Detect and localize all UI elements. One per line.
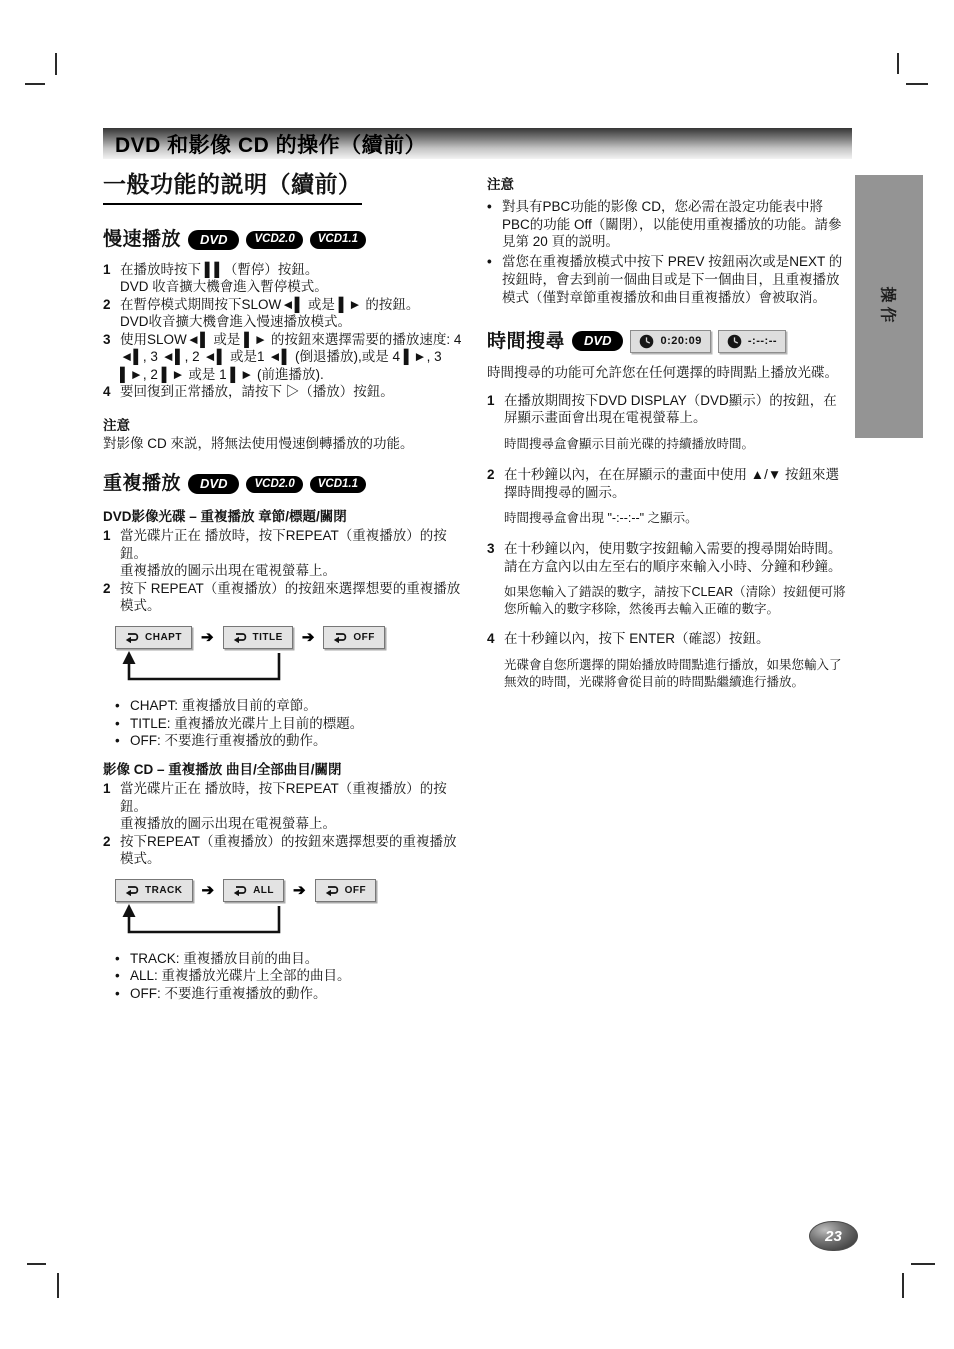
loop-back-arrow [119, 651, 294, 689]
step-subnote: 如果您輸入了錯誤的數字，請按下CLEAR（清除）按鈕便可將您所輸入的數字移除，然… [504, 584, 847, 617]
bullet-item: •TRACK: 重複播放目前的曲目。 [115, 950, 467, 968]
bullet-text: TITLE: 重複播放光碟片上目前的標題。 [130, 715, 363, 733]
step-subtext: DVD收音擴大機會進入慢速播放模式。 [120, 314, 351, 329]
bullet-icon: • [115, 985, 123, 1003]
repeat-vcd-steps: 1 當光碟片正在 播放時，按下REPEAT（重複播放）的按鈕。 重複播放的圖示出… [103, 780, 467, 868]
mode-button-label: ALL [253, 884, 274, 897]
step-text: 要回復到正常播放，請按下 ▷（播放）按鈕。 [120, 383, 467, 401]
arrow-right-icon: ➔ [293, 881, 306, 901]
step-subnote: 時間搜尋盒會出現 "-:--:--" 之顯示。 [504, 510, 847, 527]
step-number: 2 [103, 296, 120, 331]
step: 4 在十秒鐘以內，按下 ENTER（確認）按鈕。 光碟會自您所選擇的開始播放時間… [487, 630, 847, 703]
pbc-notes-list: •對具有PBC功能的影像 CD，您必需在設定功能表中將PBC的功能 Off（關閉… [487, 198, 847, 307]
step-number: 1 [103, 780, 120, 833]
clock-icon [727, 334, 742, 349]
vcd11-badge: VCD1.1 [310, 231, 366, 249]
page-number-badge: 23 [809, 1221, 858, 1251]
step-text: 在播放時按下 ▌▌（暫停）按鈕。 [120, 262, 318, 277]
slow-play-steps: 1 在播放時按下 ▌▌（暫停）按鈕。 DVD 收音擴大機會進入暫停模式。 2 在… [103, 261, 467, 401]
arrow-right-icon: ➔ [201, 628, 214, 648]
page-title: DVD 和影像 CD 的操作（續前） [115, 129, 426, 159]
repeat-loop-icon [233, 632, 248, 643]
time-display-box-empty: -:--:-- [718, 330, 786, 353]
repeat-mode-diagram-dvd: CHAPT ➔ TITLE ➔ OFF [115, 626, 467, 649]
vcd20-badge: VCD2.0 [246, 231, 302, 249]
step-text: 當光碟片正在 播放時，按下REPEAT（重複播放）的按鈕。 [120, 528, 447, 561]
time-search-steps: 1 在播放期間按下DVD DISPLAY（DVD顯示）的按鈕，在屏顯示畫面會出現… [487, 392, 847, 704]
repeat-track-button: TRACK [115, 879, 193, 902]
step-text: 按下 REPEAT（重複播放）的按鈕來選擇想要的重複播放模式。 [120, 580, 467, 615]
step-text: 在播放期間按下DVD DISPLAY（DVD顯示）的按鈕，在屏顯示畫面會出現在電… [504, 393, 837, 426]
repeat-off-button: OFF [315, 879, 377, 902]
slow-play-note: 注意 對影像 CD 來説，將無法使用慢速倒轉播放的功能。 [103, 417, 467, 452]
step: 2 在十秒鐘以內，在在屏顯示的畫面中使用 ▲/▼ 按鈕來選擇時間搜尋的圖示。 時… [487, 466, 847, 540]
repeat-dvd-subheading: DVD影像光碟 – 重複播放 章節/標題/關閉 [103, 508, 467, 526]
step-text: 當光碟片正在 播放時，按下REPEAT（重複播放）的按鈕。 [120, 781, 447, 814]
note-text: 當您在重複播放模式中按下 PREV 按鈕兩次或是NEXT 的按鈕時，會去到前一個… [502, 253, 847, 306]
bullet-icon: • [115, 732, 123, 750]
repeat-play-heading: 重複播放 [103, 472, 181, 497]
step-number: 1 [103, 261, 120, 296]
repeat-vcd-subheading: 影像 CD – 重複播放 曲目/全部曲目/關閉 [103, 761, 467, 779]
step-text: 在十秒鐘以內，按下 ENTER（確認）按鈕。 [504, 631, 770, 646]
time-search-intro: 時間搜尋的功能可允許您在任何選擇的時間點上播放光碟。 [487, 364, 847, 382]
repeat-chapt-button: CHAPT [115, 626, 192, 649]
step-text: 在十秒鐘以內，在在屏顯示的畫面中使用 ▲/▼ 按鈕來選擇時間搜尋的圖示。 [504, 467, 839, 500]
mode-button-label: CHAPT [145, 631, 182, 644]
bullet-text: OFF: 不要進行重複播放的動作。 [130, 985, 327, 1003]
time-display-box-current: 0:20:09 [630, 330, 710, 353]
step: 1 當光碟片正在 播放時，按下REPEAT（重複播放）的按鈕。 重複播放的圖示出… [103, 780, 467, 833]
step-text: 使用SLOW◄▌ 或是 ▌► 的按鈕來選擇需要的播放速度: 4 ◄▌, 3 ◄▌… [120, 331, 467, 384]
arrow-right-icon: ➔ [302, 628, 315, 648]
step-number: 1 [103, 527, 120, 580]
bullet-icon: • [487, 253, 495, 306]
step: 2 按下REPEAT（重複播放）的按鈕來選擇想要的重複播放模式。 [103, 833, 467, 868]
clock-icon [639, 334, 654, 349]
step: 3 使用SLOW◄▌ 或是 ▌► 的按鈕來選擇需要的播放速度: 4 ◄▌, 3 … [103, 331, 467, 384]
time-value: 0:20:09 [660, 334, 701, 349]
crop-mark-top-left-v [55, 53, 57, 75]
step-text: 在暫停模式期間按下SLOW◄▌ 或是 ▌► 的按鈕。 [120, 297, 419, 312]
left-column: 一般功能的説明（續前） 慢速播放 DVD VCD2.0 VCD1.1 1 在播放… [103, 170, 467, 1003]
bullet-item: •ALL: 重複播放光碟片上全部的曲目。 [115, 967, 467, 985]
bullet-item: •OFF: 不要進行重複播放的動作。 [115, 732, 467, 750]
step-subnote: 時間搜尋盒會顯示目前光碟的持續播放時間。 [504, 436, 847, 453]
right-column: 注意 •對具有PBC功能的影像 CD，您必需在設定功能表中將PBC的功能 Off… [487, 176, 847, 703]
crop-mark-top-left-h [25, 83, 45, 85]
bullet-item: •OFF: 不要進行重複播放的動作。 [115, 985, 467, 1003]
bullet-text: TRACK: 重複播放目前的曲目。 [130, 950, 318, 968]
bullet-icon: • [115, 715, 123, 733]
time-search-heading: 時間搜尋 [487, 329, 565, 354]
step-number: 1 [487, 392, 504, 466]
bullet-item: •CHAPT: 重複播放目前的章節。 [115, 697, 467, 715]
mode-button-label: TRACK [145, 884, 183, 897]
dvd-badge: DVD [572, 331, 623, 351]
step-number: 3 [487, 540, 504, 631]
repeat-loop-icon [325, 885, 340, 896]
note-item: •對具有PBC功能的影像 CD，您必需在設定功能表中將PBC的功能 Off（關閉… [487, 198, 847, 251]
note-text: 對具有PBC功能的影像 CD，您必需在設定功能表中將PBC的功能 Off（關閉）… [502, 198, 847, 251]
bullet-icon: • [115, 950, 123, 968]
crop-mark-bottom-right-v [902, 1273, 904, 1298]
crop-mark-top-right-h [906, 83, 928, 85]
crop-mark-bottom-left-v [57, 1273, 59, 1298]
step-number: 3 [103, 331, 120, 384]
mode-button-label: OFF [345, 884, 367, 897]
step: 1 當光碟片正在 播放時，按下REPEAT（重複播放）的按鈕。 重複播放的圖示出… [103, 527, 467, 580]
vcd11-badge: VCD1.1 [310, 476, 366, 494]
step: 1 在播放期間按下DVD DISPLAY（DVD顯示）的按鈕，在屏顯示畫面會出現… [487, 392, 847, 466]
repeat-dvd-bullet-list: •CHAPT: 重複播放目前的章節。 •TITLE: 重複播放光碟片上目前的標題… [115, 697, 467, 750]
step-subtext: DVD 收音擴大機會進入暫停模式。 [120, 279, 328, 294]
repeat-loop-icon [233, 885, 248, 896]
repeat-loop-icon [125, 885, 140, 896]
note-text: 對影像 CD 來説，將無法使用慢速倒轉播放的功能。 [103, 435, 467, 453]
step-number: 2 [487, 466, 504, 540]
page-header-bar: DVD 和影像 CD 的操作（續前） [103, 128, 852, 159]
step-subtext: 重複播放的圖示出現在電視螢幕上。 [120, 816, 336, 831]
step-number: 4 [103, 383, 120, 401]
step-number: 2 [103, 580, 120, 615]
vcd20-badge: VCD2.0 [246, 476, 302, 494]
step-text: 在十秒鐘以內，使用數字按鈕輸入需要的搜尋開始時間。請在方盒內以由左至右的順序來輸… [504, 541, 842, 574]
loop-back-arrow [119, 904, 294, 942]
repeat-play-heading-row: 重複播放 DVD VCD2.0 VCD1.1 [103, 472, 467, 497]
bullet-text: OFF: 不要進行重複播放的動作。 [130, 732, 327, 750]
note-label: 注意 [103, 417, 467, 435]
step-subtext: 重複播放的圖示出現在電視螢幕上。 [120, 563, 336, 578]
mode-button-label: TITLE [253, 631, 283, 644]
crop-mark-top-right-v [897, 53, 899, 74]
bullet-icon: • [115, 967, 123, 985]
bullet-item: •TITLE: 重複播放光碟片上目前的標題。 [115, 715, 467, 733]
bullet-text: ALL: 重複播放光碟片上全部的曲目。 [130, 967, 351, 985]
repeat-all-button: ALL [223, 879, 284, 902]
step-number: 2 [103, 833, 120, 868]
crop-mark-bottom-right-h [911, 1263, 935, 1265]
repeat-loop-icon [333, 632, 348, 643]
main-heading: 一般功能的説明（續前） [103, 170, 362, 205]
step-text: 按下REPEAT（重複播放）的按鈕來選擇想要的重複播放模式。 [120, 833, 467, 868]
step: 3 在十秒鐘以內，使用數字按鈕輸入需要的搜尋開始時間。請在方盒內以由左至右的順序… [487, 540, 847, 631]
slow-play-heading: 慢速播放 [103, 228, 181, 253]
step: 4 要回復到正常播放，請按下 ▷（播放）按鈕。 [103, 383, 467, 401]
arrow-right-icon: ➔ [202, 881, 215, 901]
step: 1 在播放時按下 ▌▌（暫停）按鈕。 DVD 收音擴大機會進入暫停模式。 [103, 261, 467, 296]
note-label: 注意 [487, 176, 847, 194]
page-number: 23 [825, 1228, 842, 1245]
manual-page: DVD 和影像 CD 的操作（續前） 操作 一般功能的説明（續前） 慢速播放 D… [0, 0, 954, 1349]
section-side-tab: 操作 [855, 175, 923, 438]
step: 2 在暫停模式期間按下SLOW◄▌ 或是 ▌► 的按鈕。 DVD收音擴大機會進入… [103, 296, 467, 331]
step-subnote: 光碟會自您所選擇的開始播放時間點進行播放，如果您輸入了無效的時間，光碟將會從目前… [504, 657, 847, 690]
dvd-badge: DVD [188, 230, 239, 250]
repeat-off-button: OFF [323, 626, 385, 649]
repeat-mode-diagram-vcd: TRACK ➔ ALL ➔ OFF [115, 879, 467, 902]
step-number: 4 [487, 630, 504, 703]
repeat-loop-icon [125, 632, 140, 643]
step: 2 按下 REPEAT（重複播放）的按鈕來選擇想要的重複播放模式。 [103, 580, 467, 615]
note-item: •當您在重複播放模式中按下 PREV 按鈕兩次或是NEXT 的按鈕時，會去到前一… [487, 253, 847, 306]
time-search-heading-row: 時間搜尋 DVD 0:20:09 -:--:-- [487, 329, 847, 354]
repeat-vcd-bullet-list: •TRACK: 重複播放目前的曲目。 •ALL: 重複播放光碟片上全部的曲目。 … [115, 950, 467, 1003]
time-value: -:--:-- [748, 334, 777, 349]
slow-play-heading-row: 慢速播放 DVD VCD2.0 VCD1.1 [103, 228, 467, 253]
bullet-icon: • [487, 198, 495, 251]
bullet-text: CHAPT: 重複播放目前的章節。 [130, 697, 317, 715]
repeat-dvd-steps: 1 當光碟片正在 播放時，按下REPEAT（重複播放）的按鈕。 重複播放的圖示出… [103, 527, 467, 615]
bullet-icon: • [115, 697, 123, 715]
side-tab-label: 操作 [877, 286, 900, 326]
dvd-badge: DVD [188, 474, 239, 494]
mode-button-label: OFF [353, 631, 375, 644]
crop-mark-bottom-left-h [27, 1263, 46, 1265]
repeat-title-button: TITLE [223, 626, 293, 649]
